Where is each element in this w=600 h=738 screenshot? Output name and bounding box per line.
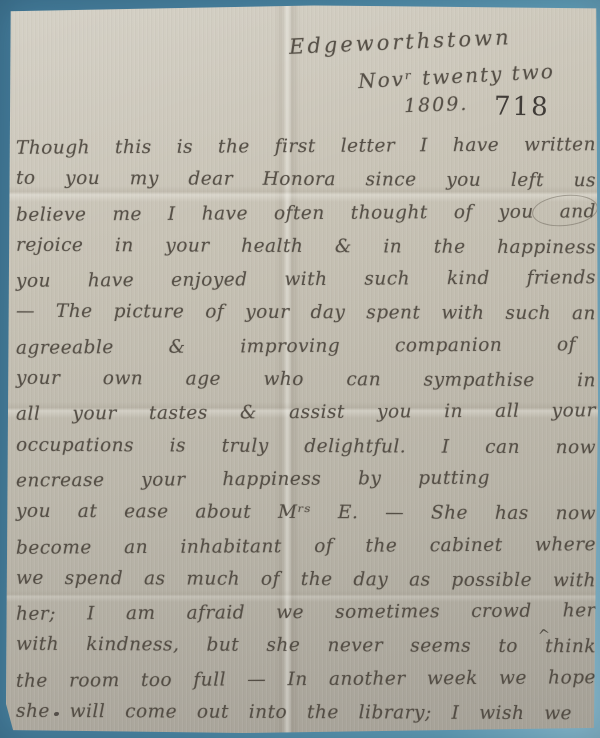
letter-line: occupations is truly delightful. I can n… [16,429,596,465]
letter-line: all your tastes & assist you in all your [16,396,596,433]
letter-line: your own age who can sympathise in [16,363,596,399]
page-number-annotation: 718 [494,92,550,123]
letter-line: you have enjoyed with such kind friends [16,262,596,299]
letter-line: encrease your happiness by putting [16,463,490,499]
letter-line: become an inhabitant of the cabinet wher… [16,529,596,566]
heading-year: 1809. [404,93,469,117]
letter-line: she will come out into the library; I wi… [16,696,572,732]
insertion-caret: ^ [537,625,552,645]
letter-line: — The picture of your day spent with suc… [16,296,596,332]
letter-line: believe me I have often thought of you a… [16,196,596,233]
letter-line: the room too full — In another week we h… [16,662,596,699]
heading-place: Edgeworthstown [289,25,512,59]
letter-line: Though this is the first letter I have w… [16,129,596,166]
letter-line: rejoice in your health & in the happines… [16,230,596,266]
letter-line: to you my dear Honora since you left us [16,163,596,199]
letter-body: Though this is the first letter I have w… [16,131,596,730]
letter-line: we spend as much of the day as possible … [16,563,596,599]
letter-line: her; I am afraid we sometimes crowd her [16,595,596,632]
letter-line: agreeable & improving companion of [16,329,576,366]
heading-date: Novʳ twenty two [358,59,556,93]
letter-paper: Edgeworthstown Novʳ twenty two 1809. 718… [6,4,598,733]
letter-line: with kindness, but she never seems to th… [16,629,596,665]
photo-background: Edgeworthstown Novʳ twenty two 1809. 718… [0,0,600,738]
letter-line: you at ease about Mʳˢ E. — She has now [16,496,596,532]
